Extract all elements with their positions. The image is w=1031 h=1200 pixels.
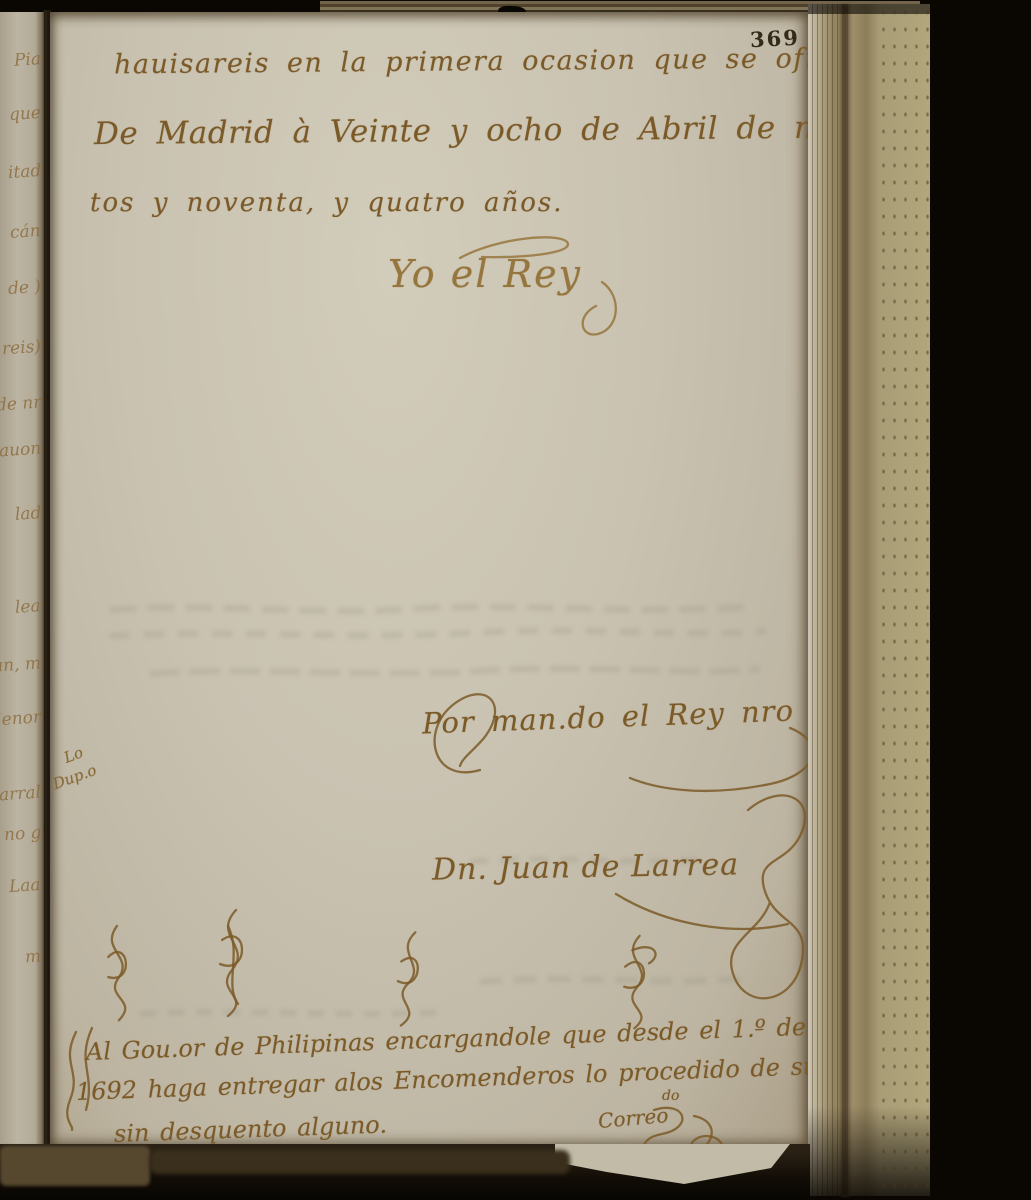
show-through-ink [50, 12, 808, 1148]
facing-page-fragment: reis) [1, 337, 41, 360]
facing-page-fragment: cán [10, 221, 42, 243]
book-bottom-edge [0, 1144, 810, 1200]
facing-page-edge: Pia que itad cán de ) reis) de nr auon l… [0, 12, 44, 1150]
facing-page-fragment: lad [14, 503, 42, 525]
secretary-signature: Dn. Juan de Larrea [432, 847, 740, 887]
margin-note-line-1: Lo [61, 743, 85, 766]
letter-line-1: hauisareis en la primera ocasion que se … [114, 43, 808, 81]
binding-shadow-patch [150, 1150, 570, 1174]
facing-page-fragment: lea [15, 596, 42, 618]
facing-page-fragment: m [24, 946, 41, 967]
facing-page-fragment: de nr [0, 392, 42, 415]
docket-route-label: Correo [597, 1103, 669, 1133]
council-rubric-3 [370, 918, 448, 1043]
margin-note-line-2: Dup.o [50, 761, 99, 793]
docket-line-3: sin desquento alguno. [114, 1110, 388, 1148]
facing-page-fragment: de ) [7, 277, 41, 299]
facing-page-fragment: itad [7, 161, 42, 183]
facing-page-fragment: Laa [9, 875, 42, 897]
facing-page-fragment: que [8, 103, 41, 125]
facing-page-fragment: no g [3, 823, 42, 846]
council-rubric-1 [78, 911, 160, 1038]
facing-page-fragment: Pia [13, 49, 41, 71]
council-rubric-2 [198, 900, 268, 1030]
facing-page-fragment: an, m [0, 653, 42, 676]
secretary-rubric-flourish [580, 774, 808, 1044]
countersignature-line: Por man.do el Rey nro [422, 694, 795, 741]
facing-page-fragment: auon [0, 439, 42, 462]
book-fore-edge [808, 4, 930, 1196]
letter-line-2: De Madrid à Veinte y ocho de Abril de mi… [94, 108, 808, 152]
page-bottom-corner [555, 1144, 790, 1184]
royal-signature: Yo el Rey [388, 252, 582, 296]
fore-edge-crevice [838, 4, 852, 1196]
fore-edge-bottom-shadow [808, 1106, 930, 1196]
manuscript-page: 369 hauisareis en la primera ocasion que… [50, 12, 808, 1148]
fore-edge-top-shadow [808, 4, 930, 14]
docket-route-superscript: do [662, 1088, 679, 1104]
facing-page-fragment: arral [0, 783, 42, 806]
binding-patch [0, 1146, 150, 1186]
manuscript-photo: Pia que itad cán de ) reis) de nr auon l… [0, 0, 1031, 1200]
facing-page-fragment: Senor [0, 707, 42, 731]
letter-line-3: tos y noventa, y quatro años. [90, 188, 564, 218]
